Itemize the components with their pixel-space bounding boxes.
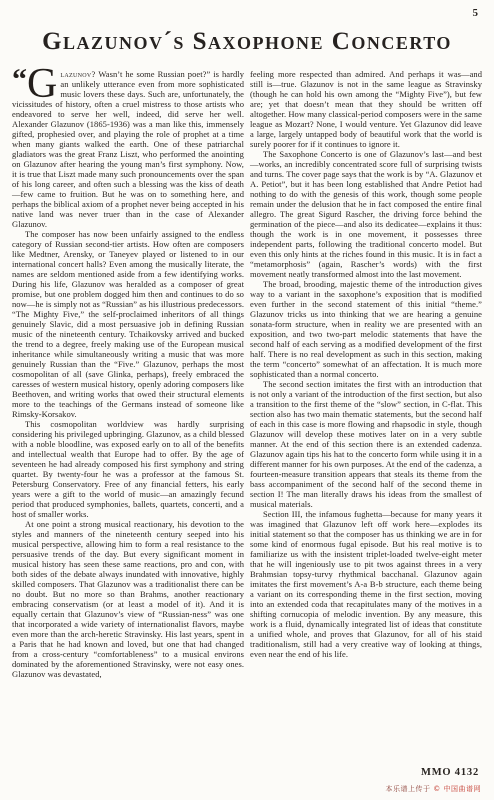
lead-word: lazunov? [60,69,95,79]
paragraph: The composer has now been unfairly assig… [12,229,244,419]
paragraph: The second section imitates the first wi… [250,379,482,509]
watermark: 本乐谱上传于 © 中国曲谱网 [386,784,481,794]
paragraph: This cosmopolitan worldview was hardly s… [12,419,244,519]
paragraph: The broad, brooding, majestic theme of t… [250,279,482,379]
opening-quote-mark: “ [12,69,25,88]
watermark-prefix-text: 本乐谱上传于 [386,785,431,793]
left-column: “ G lazunov? Wasn’t he some Russian poet… [12,69,244,679]
paragraph: Section III, the infamous fughetta—becau… [250,509,482,659]
paragraph: The Saxophone Concerto is one of Glazuno… [250,149,482,279]
article-columns: “ G lazunov? Wasn’t he some Russian poet… [0,69,494,679]
watermark-site-text: © 中国曲谱网 [433,785,481,793]
page-title: Glazunov´s Saxophone Concerto [0,28,494,56]
paragraph: At one point a strong musical reactionar… [12,519,244,679]
paragraph-dropcap: “ G lazunov? Wasn’t he some Russian poet… [12,69,244,229]
drop-cap: G [26,69,60,98]
page-number: 5 [473,7,479,19]
catalog-number: MMO 4132 [421,767,479,778]
right-column: feeling more respected than admired. And… [250,69,482,679]
paragraph-continuation: feeling more respected than admired. And… [250,69,482,149]
document-page: 5 Glazunov´s Saxophone Concerto “ G lazu… [0,0,494,800]
